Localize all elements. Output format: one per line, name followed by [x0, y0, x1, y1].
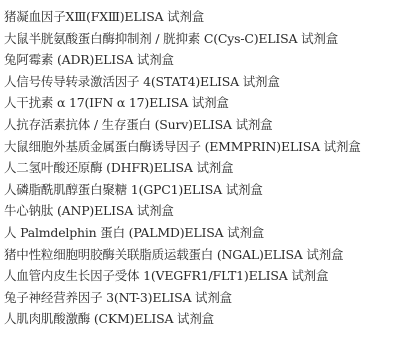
product-item[interactable]: 大鼠半胱氨酸蛋白酶抑制剂 / 胱抑素 C(Cys-C)ELISA 试剂盒	[4, 28, 361, 50]
product-item[interactable]: 大鼠细胞外基质金属蛋白酶诱导因子 (EMMPRIN)ELISA 试剂盒	[4, 136, 361, 158]
product-item[interactable]: 猪中性粒细胞明胶酶关联脂质运载蛋白 (NGAL)ELISA 试剂盒	[4, 244, 361, 266]
product-item[interactable]: 人二氢叶酸还原酶 (DHFR)ELISA 试剂盒	[4, 157, 361, 179]
product-item[interactable]: 兔阿霉素 (ADR)ELISA 试剂盒	[4, 49, 361, 71]
product-item[interactable]: 人肌肉肌酸激酶 (CKM)ELISA 试剂盒	[4, 308, 361, 330]
product-item[interactable]: 人干扰素 α 17(IFN α 17)ELISA 试剂盒	[4, 92, 361, 114]
product-list: 猪凝血因子ⅩⅢ(FⅩⅢ)ELISA 试剂盒 大鼠半胱氨酸蛋白酶抑制剂 / 胱抑素…	[4, 6, 361, 330]
product-item[interactable]: 人磷脂酰肌醇蛋白聚糖 1(GPC1)ELISA 试剂盒	[4, 179, 361, 201]
product-item[interactable]: 牛心钠肽 (ANP)ELISA 试剂盒	[4, 200, 361, 222]
product-item[interactable]: 人信号传导转录激活因子 4(STAT4)ELISA 试剂盒	[4, 71, 361, 93]
product-item[interactable]: 猪凝血因子ⅩⅢ(FⅩⅢ)ELISA 试剂盒	[4, 6, 361, 28]
product-item[interactable]: 兔子神经营养因子 3(NT-3)ELISA 试剂盒	[4, 287, 361, 309]
product-item[interactable]: 人血管内皮生长因子受体 1(VEGFR1/FLT1)ELISA 试剂盒	[4, 265, 361, 287]
product-item[interactable]: 人 Palmdelphin 蛋白 (PALMD)ELISA 试剂盒	[4, 222, 361, 244]
product-item[interactable]: 人抗存活素抗体 / 生存蛋白 (Surv)ELISA 试剂盒	[4, 114, 361, 136]
